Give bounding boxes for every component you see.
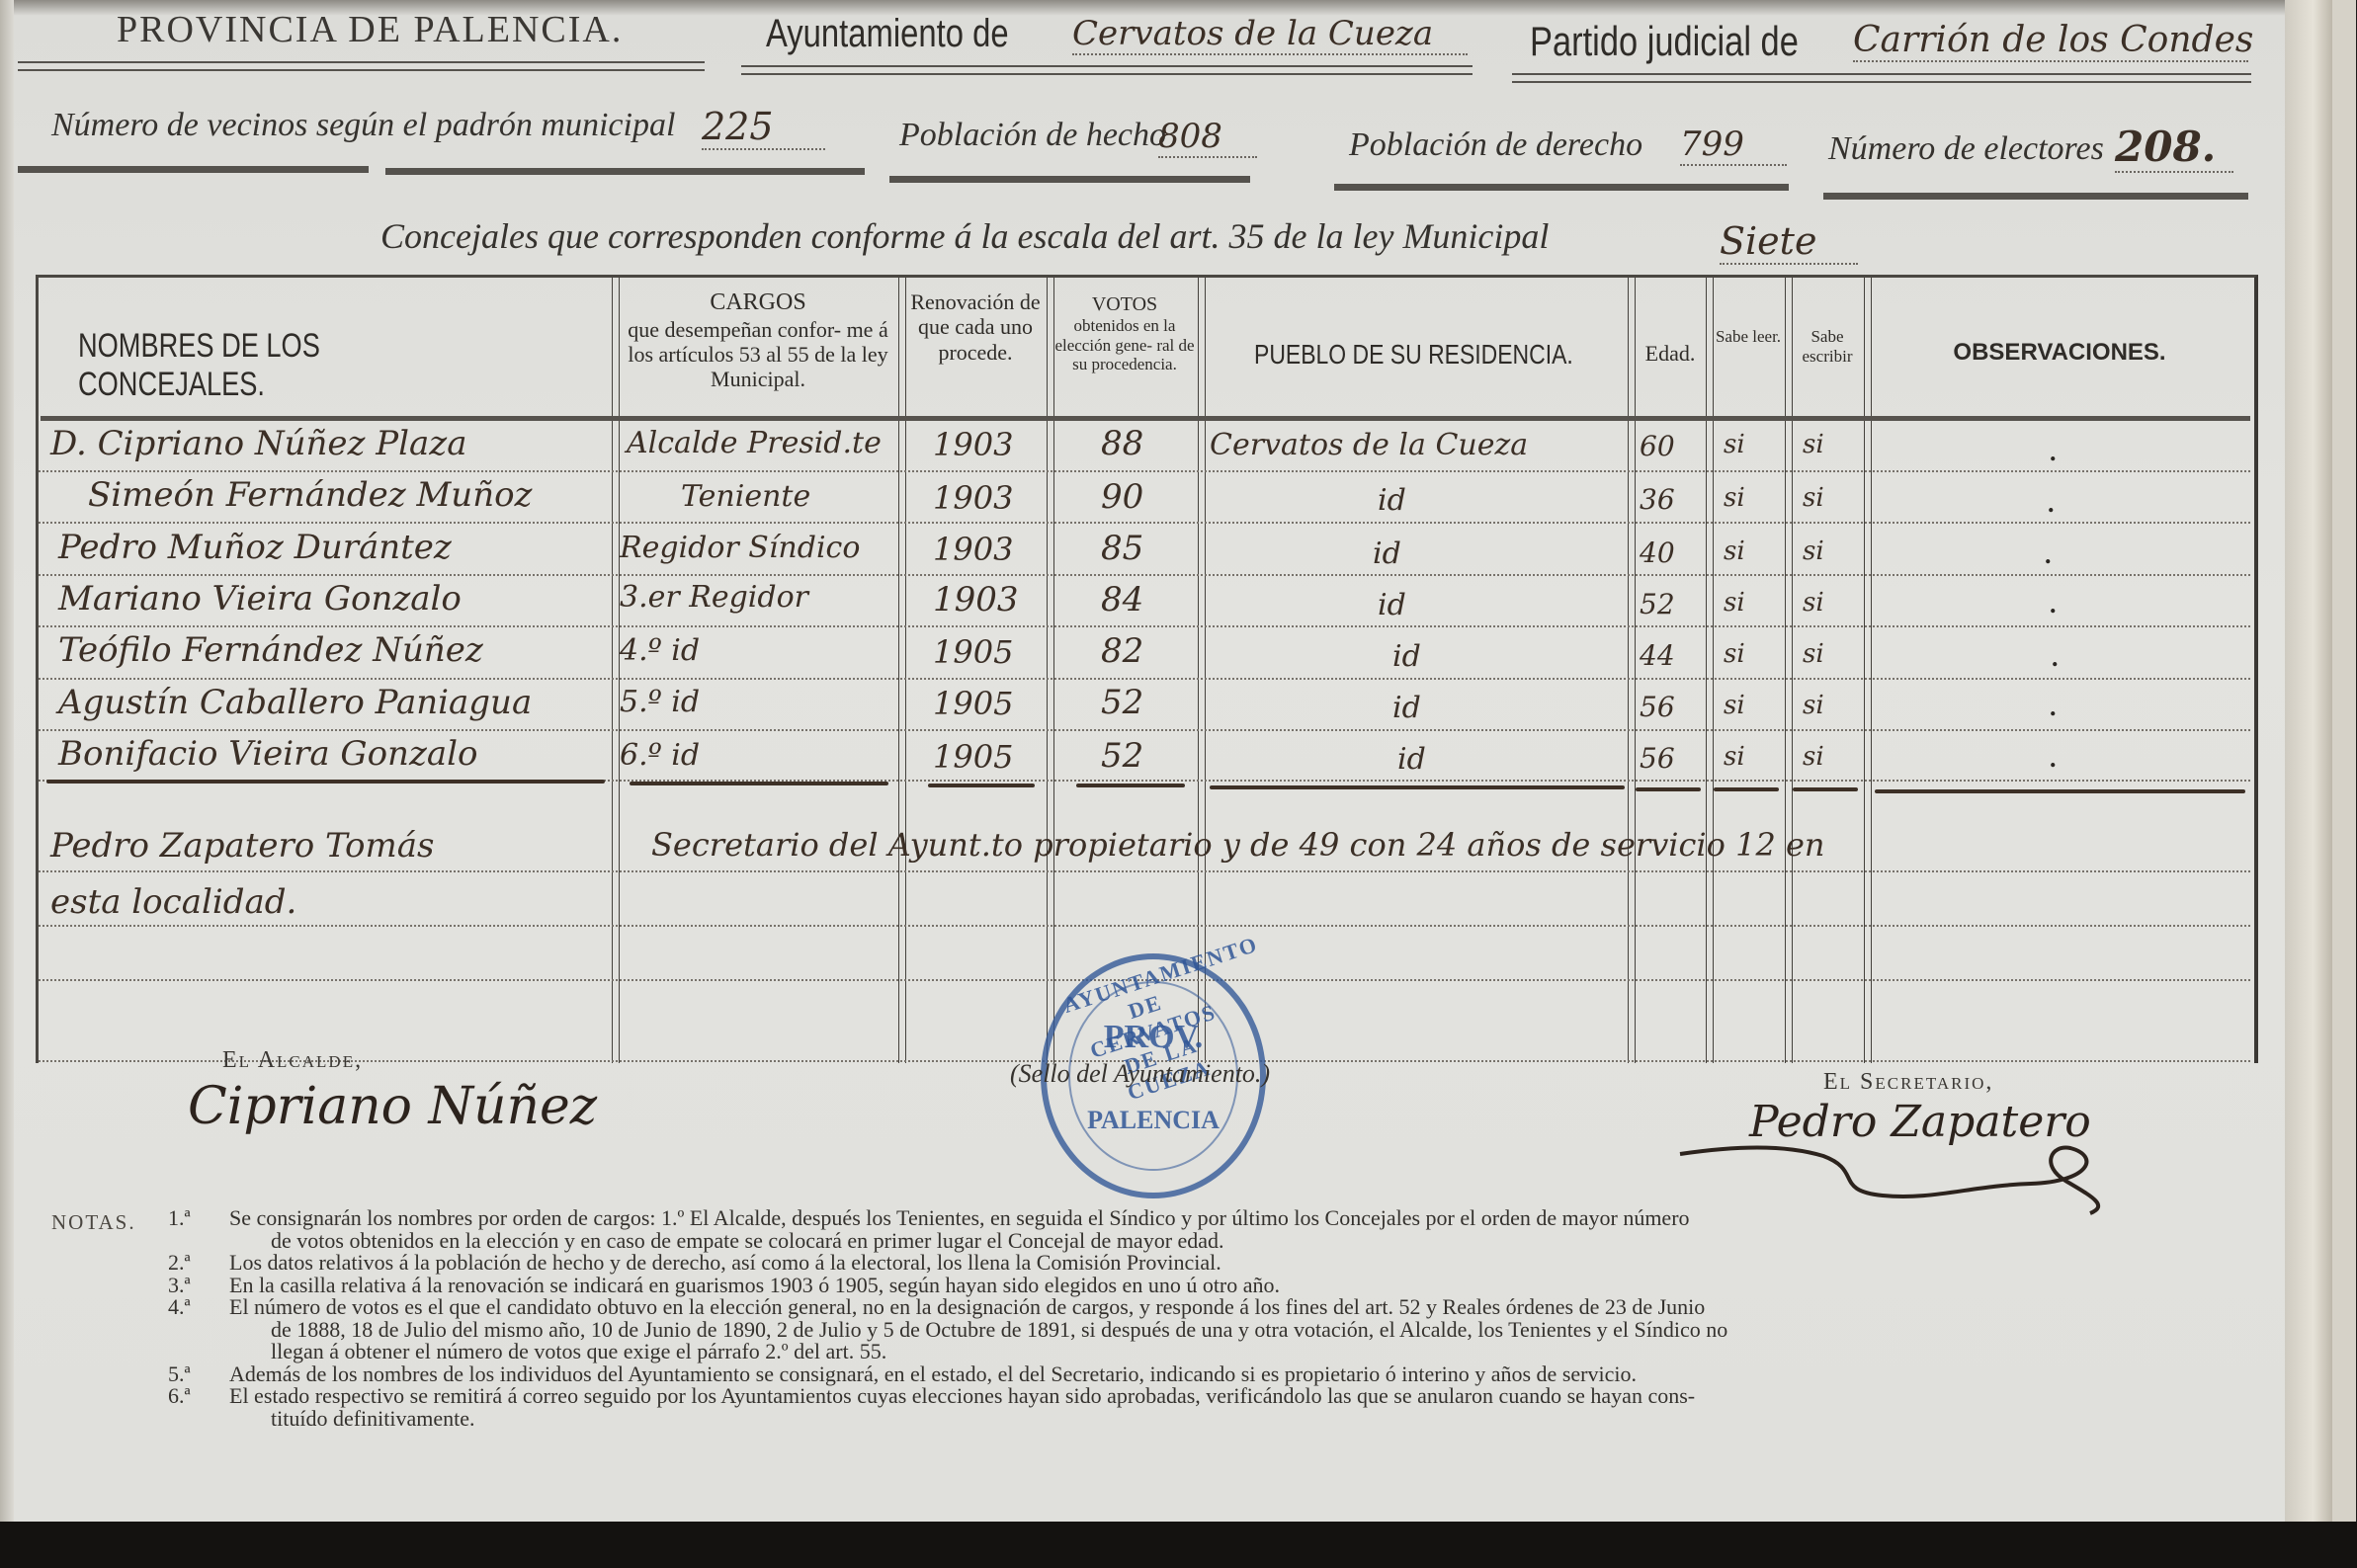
binding-spine xyxy=(0,0,14,1522)
row-rule xyxy=(39,574,2250,576)
col-divider xyxy=(1706,278,1714,1063)
note-1-num: 1.ª xyxy=(168,1207,191,1230)
row-4-pueblo: id xyxy=(1378,588,1406,622)
note-1-text: Se consignarán los nombres por orden de … xyxy=(229,1207,2265,1230)
ayuntamiento-label: Ayuntamiento de xyxy=(766,12,1009,56)
header-rule-3 xyxy=(1512,73,2251,83)
header-votos-sub: obtenidos en la elección gene- ral de su… xyxy=(1054,316,1195,374)
secretary-note-line2: esta localidad. xyxy=(50,882,296,922)
col-divider xyxy=(1198,278,1206,1063)
note-1: 1.ª Se consignarán los nombres por orden… xyxy=(51,1207,2265,1252)
partido-label: Partido judicial de xyxy=(1530,18,1799,65)
derecho-value: 799 xyxy=(1680,124,1787,166)
row-1-votos: 88 xyxy=(1101,424,1143,463)
header-rule-2 xyxy=(741,65,1473,75)
header-cargos-sub: que desempeñan confor- me á los artículo… xyxy=(620,317,896,392)
seal-prov: PROV. xyxy=(1047,1019,1260,1056)
province-title: PROVINCIA DE PALENCIA. xyxy=(117,8,623,51)
row-5-pueblo: id xyxy=(1392,639,1421,674)
note-3-num: 3.ª xyxy=(168,1275,191,1297)
row-2-pueblo: id xyxy=(1378,483,1406,518)
note-2-text: Los datos relativos á la población de he… xyxy=(229,1252,2265,1275)
row-1-pueblo: Cervatos de la Cueza xyxy=(1210,428,1528,462)
row-2-edad: 36 xyxy=(1640,483,1675,516)
sello-label: (Sello del Ayuntamiento.) xyxy=(1010,1059,1270,1089)
seal-palencia: PALENCIA xyxy=(1047,1106,1260,1135)
note-2: 2.ª Los datos relativos á la población d… xyxy=(51,1252,2265,1275)
header-sabe-leer: Sabe leer. xyxy=(1714,327,1783,347)
note-4: 4.ª El número de votos es el que el cand… xyxy=(51,1296,2265,1363)
header-votos: VOTOS obtenidos en la elección gene- ral… xyxy=(1054,293,1195,374)
row-1-leer: si xyxy=(1724,430,1745,459)
hecho-value: 808 xyxy=(1158,117,1257,158)
row-1-renovacion: 1903 xyxy=(933,426,1013,463)
row-4-cargo: 3.er Regidor xyxy=(620,580,808,615)
header-pueblo: PUEBLO DE SU RESIDENCIA. xyxy=(1254,339,1603,371)
header-observaciones: OBSERVACIONES. xyxy=(1872,339,2247,367)
closing-underline xyxy=(1875,789,2245,793)
row-1-cargo: Alcalde Presid.te xyxy=(627,426,882,460)
row-4-nombre: Mariano Vieira Gonzalo xyxy=(58,579,462,619)
row-6-votos: 52 xyxy=(1101,683,1143,722)
row-2-votos: 90 xyxy=(1101,477,1143,517)
row-rule xyxy=(39,522,2250,524)
secretary-note-detail: Secretario del Ayunt.to propietario y de… xyxy=(651,826,1825,864)
row-5-obs: . xyxy=(2052,643,2059,673)
row-6-leer: si xyxy=(1724,691,1745,720)
row-3-obs: . xyxy=(2045,540,2052,570)
document-page: PROVINCIA DE PALENCIA. Ayuntamiento de C… xyxy=(0,0,2356,1522)
row-3-cargo: Regidor Síndico xyxy=(620,531,860,565)
row-5-cargo: 4.º id xyxy=(620,633,700,668)
row-6-edad: 56 xyxy=(1640,691,1675,723)
alcalde-signature: Cipriano Núñez xyxy=(188,1077,597,1136)
concejales-table: NOMBRES DE LOS CONCEJALES. CARGOS que de… xyxy=(36,275,2258,1063)
notes-section: NOTAS. 1.ª Se consignarán los nombres po… xyxy=(51,1207,2265,1430)
col-divider xyxy=(1785,278,1793,1063)
note-6: 6.ª El estado respectivo se remitirá á c… xyxy=(51,1385,2265,1430)
row-4-votos: 84 xyxy=(1101,580,1143,619)
header-bottom-rule xyxy=(41,416,2250,421)
closing-underline xyxy=(46,780,605,784)
row-rule xyxy=(39,870,2250,872)
closing-underline xyxy=(630,782,888,785)
header-edad: Edad. xyxy=(1636,341,1705,366)
row-rule xyxy=(39,729,2250,731)
alcalde-label: El Alcalde, xyxy=(222,1047,363,1074)
page-right-edge xyxy=(2285,0,2332,1522)
row-7-renovacion: 1905 xyxy=(933,738,1013,776)
row-3-escribir: si xyxy=(1803,536,1824,566)
stats-rule-3 xyxy=(889,176,1250,183)
row-3-edad: 40 xyxy=(1640,536,1675,569)
note-4-num: 4.ª xyxy=(168,1296,191,1319)
row-1-edad: 60 xyxy=(1640,430,1675,462)
secretario-label: El Secretario, xyxy=(1823,1069,1993,1096)
row-7-votos: 52 xyxy=(1101,736,1143,776)
secretary-note-name: Pedro Zapatero Tomás xyxy=(50,826,434,866)
header-rule-1 xyxy=(18,61,705,71)
row-7-escribir: si xyxy=(1803,742,1824,772)
stats-rule-4 xyxy=(1334,184,1789,191)
row-6-nombre: Agustín Caballero Paniagua xyxy=(58,683,532,722)
row-7-obs: . xyxy=(2050,744,2057,774)
row-6-renovacion: 1905 xyxy=(933,685,1013,722)
header-votos-title: VOTOS xyxy=(1054,293,1195,316)
header-sabe-escribir: Sabe escribir xyxy=(1793,327,1862,366)
col-divider xyxy=(1864,278,1872,1063)
row-4-leer: si xyxy=(1724,588,1745,618)
note-3: 3.ª En la casilla relativa á la renovaci… xyxy=(51,1275,2265,1297)
vecinos-label: Número de vecinos según el padrón munici… xyxy=(51,107,675,144)
col-divider xyxy=(898,278,906,1063)
note-5-text: Además de los nombres de los individuos … xyxy=(229,1363,2265,1386)
concejales-label: Concejales que corresponden conforme á l… xyxy=(380,215,1549,257)
row-4-edad: 52 xyxy=(1640,588,1675,620)
row-1-nombre: D. Cipriano Núñez Plaza xyxy=(50,424,466,463)
closing-underline xyxy=(1210,785,1625,789)
vecinos-value: 225 xyxy=(702,105,825,150)
row-2-obs: . xyxy=(2048,489,2055,519)
closing-underline xyxy=(1076,784,1185,787)
ayuntamiento-value: Cervatos de la Cueza xyxy=(1072,14,1468,55)
note-6-text: El estado respectivo se remitirá á corre… xyxy=(229,1385,2265,1408)
row-5-edad: 44 xyxy=(1640,639,1675,672)
row-2-leer: si xyxy=(1724,483,1745,513)
derecho-label: Población de derecho xyxy=(1349,126,1642,164)
note-5: 5.ª Además de los nombres de los individ… xyxy=(51,1363,2265,1386)
hecho-label: Población de hecho xyxy=(899,117,1166,154)
row-2-cargo: Teniente xyxy=(681,479,810,514)
row-4-escribir: si xyxy=(1803,588,1824,618)
background-surface xyxy=(0,1522,2357,1568)
closing-underline xyxy=(1714,787,1779,791)
row-1-escribir: si xyxy=(1803,430,1824,459)
row-3-renovacion: 1903 xyxy=(933,531,1013,568)
row-7-edad: 56 xyxy=(1640,742,1675,775)
row-5-renovacion: 1905 xyxy=(933,633,1013,671)
row-3-nombre: Pedro Muñoz Durántez xyxy=(58,528,452,567)
row-2-renovacion: 1903 xyxy=(933,479,1013,517)
note-4-cont2: llegan á obtener el número de votos que … xyxy=(229,1341,2265,1363)
concejales-value: Siete xyxy=(1720,219,1858,265)
closing-underline xyxy=(928,784,1035,787)
partido-value: Carrión de los Condes xyxy=(1853,20,2248,62)
row-5-escribir: si xyxy=(1803,639,1824,669)
col-divider xyxy=(1628,278,1636,1063)
note-1-cont: de votos obtenidos en la elección y en c… xyxy=(229,1230,2265,1253)
closing-underline xyxy=(1636,787,1701,791)
row-7-pueblo: id xyxy=(1397,742,1426,777)
row-6-cargo: 5.º id xyxy=(620,685,700,719)
row-rule xyxy=(39,470,2250,472)
col-divider xyxy=(1047,278,1054,1063)
note-2-num: 2.ª xyxy=(168,1252,191,1275)
row-3-pueblo: id xyxy=(1373,536,1401,571)
row-rule xyxy=(39,678,2250,680)
row-2-nombre: Simeón Fernández Muñoz xyxy=(88,475,532,515)
row-2-escribir: si xyxy=(1803,483,1824,513)
row-7-nombre: Bonifacio Vieira Gonzalo xyxy=(58,734,478,774)
row-5-leer: si xyxy=(1724,639,1745,669)
note-3-text: En la casilla relativa á la renovación s… xyxy=(229,1275,2265,1297)
row-7-cargo: 6.º id xyxy=(620,738,700,773)
header-cargos: CARGOS que desempeñan confor- me á los a… xyxy=(620,289,896,391)
row-5-votos: 82 xyxy=(1101,631,1143,671)
row-4-obs: . xyxy=(2050,590,2057,619)
row-6-pueblo: id xyxy=(1392,691,1421,725)
note-4-text: El número de votos es el que el candidat… xyxy=(229,1296,2265,1319)
row-4-renovacion: 1903 xyxy=(933,580,1019,619)
note-4-cont: de 1888, 18 de Julio del mismo año, 10 d… xyxy=(229,1319,2265,1342)
row-3-leer: si xyxy=(1724,536,1745,566)
row-1-obs: . xyxy=(2050,438,2057,467)
stats-rule-1 xyxy=(18,166,369,173)
stats-rule-2 xyxy=(385,168,865,175)
row-5-nombre: Teófilo Fernández Núñez xyxy=(58,630,483,670)
row-7-leer: si xyxy=(1724,742,1745,772)
secretario-flourish xyxy=(1675,1136,2140,1215)
electores-value: 208. xyxy=(2115,123,2233,173)
closing-underline xyxy=(1793,787,1858,791)
row-3-votos: 85 xyxy=(1101,529,1143,568)
col-divider xyxy=(612,278,620,1063)
note-6-cont: tituído definitivamente. xyxy=(229,1408,2265,1431)
note-5-num: 5.ª xyxy=(168,1363,191,1386)
header-nombres: NOMBRES DE LOS CONCEJALES. xyxy=(78,327,505,404)
electores-label: Número de electores xyxy=(1828,130,2104,168)
header-cargos-title: CARGOS xyxy=(620,289,896,317)
row-rule xyxy=(39,625,2250,627)
row-6-escribir: si xyxy=(1803,691,1824,720)
row-rule xyxy=(39,925,2250,927)
header-renovacion: Renovación de que cada uno procede. xyxy=(906,289,1045,365)
stats-rule-5 xyxy=(1823,193,2248,200)
note-6-num: 6.ª xyxy=(168,1385,191,1408)
row-6-obs: . xyxy=(2050,693,2057,722)
